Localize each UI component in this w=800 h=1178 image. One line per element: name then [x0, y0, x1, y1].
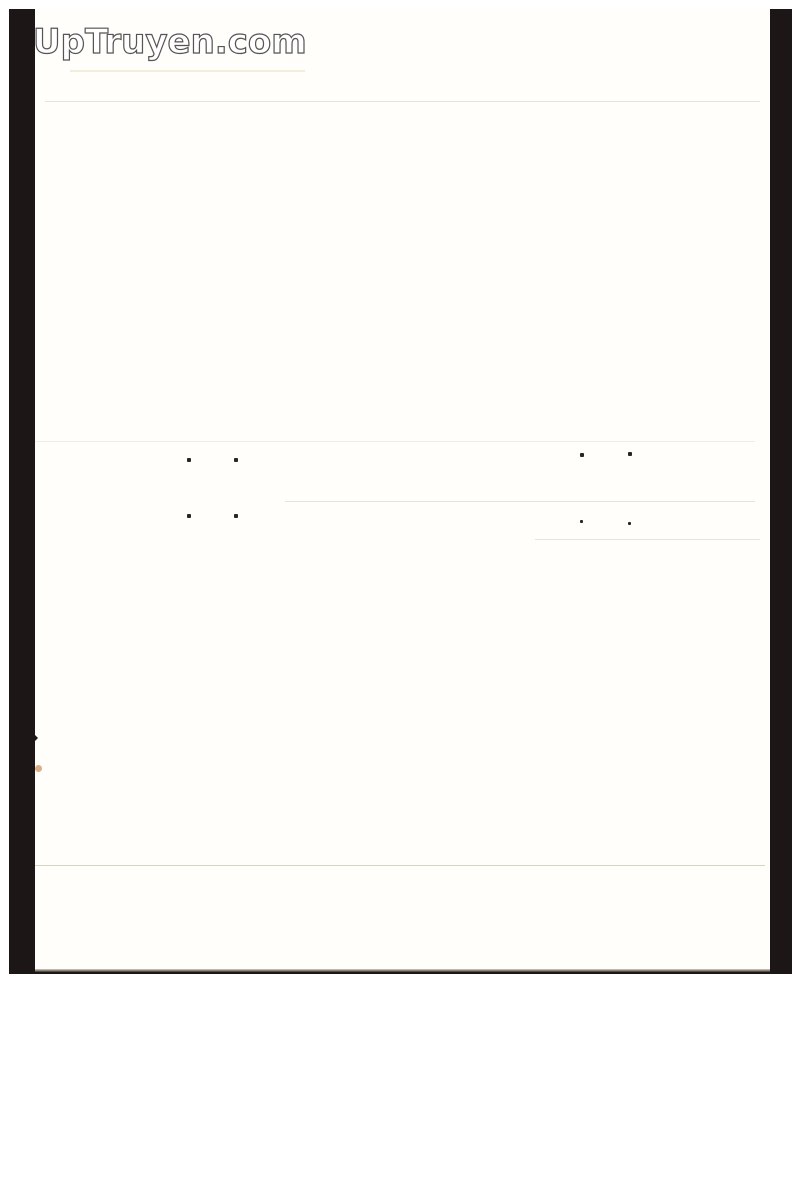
paper-page: [35, 9, 770, 972]
border-nick: [32, 732, 38, 744]
registration-dot: [628, 452, 632, 456]
registration-dot: [187, 514, 191, 518]
faint-rule-line: [45, 101, 760, 102]
watermark-underline: [70, 70, 305, 72]
registration-dot: [628, 522, 631, 525]
faint-rule-line: [35, 865, 765, 866]
registration-dot: [580, 453, 584, 457]
faint-rule-line: [35, 441, 755, 442]
watermark-text: UpTruyen.com: [33, 22, 307, 62]
faint-rule-line: [535, 539, 760, 540]
registration-dot: [580, 520, 583, 523]
faint-rule-line: [285, 501, 755, 502]
registration-dot: [187, 458, 191, 462]
scan-border: [9, 9, 792, 974]
registration-dot: [234, 458, 238, 462]
paper-stain: [35, 765, 42, 772]
paper-bottom-edge: [35, 969, 770, 972]
registration-dot: [234, 514, 238, 518]
